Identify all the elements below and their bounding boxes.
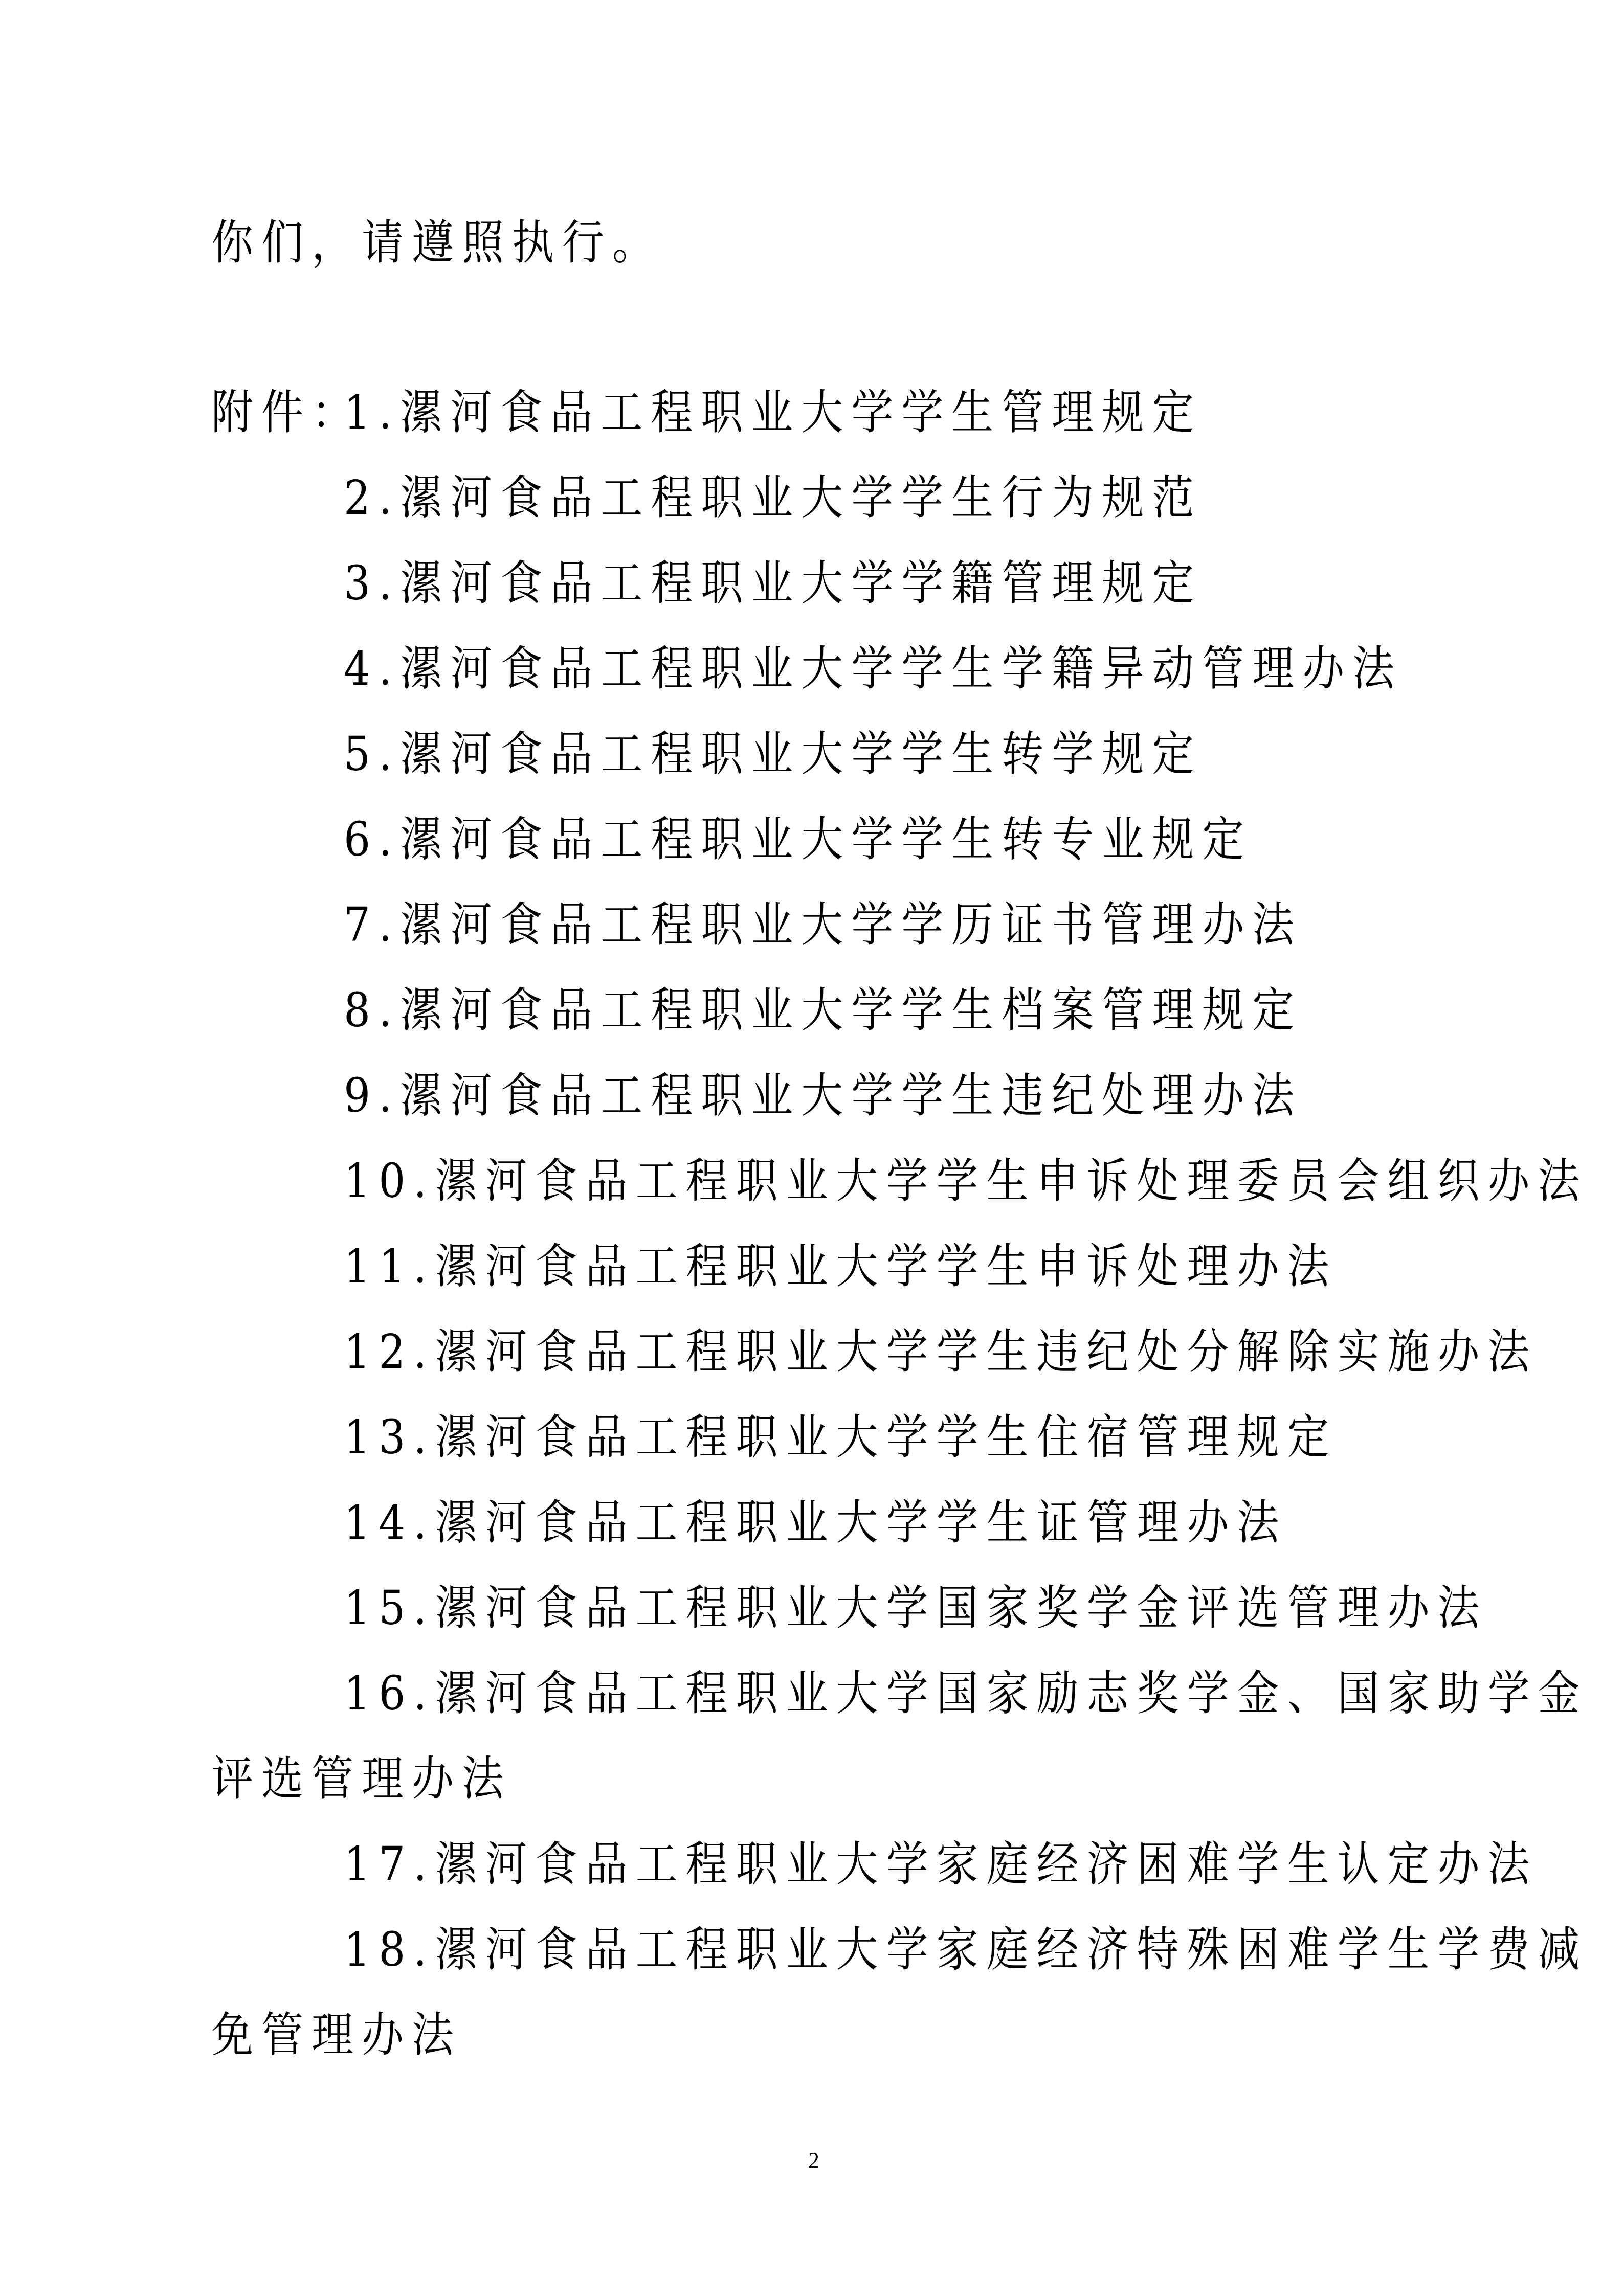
- attachment-title: 漯河食品工程职业大学学生违纪处理办法: [400, 1069, 1302, 1123]
- attachment-title: 漯河食品工程职业大学学生证管理办法: [435, 1496, 1287, 1550]
- attachment-title: 漯河食品工程职业大学学生行为规范: [400, 471, 1202, 525]
- attachment-title: 漯河食品工程职业大学学生学籍异动管理办法: [400, 642, 1403, 696]
- attachment-item-10: 10.漯河食品工程职业大学学生申诉处理委员会组织办法: [344, 1153, 1588, 1210]
- attachment-item-13: 13.漯河食品工程职业大学学生住宿管理规定: [344, 1409, 1337, 1467]
- attachment-item-18: 18.漯河食品工程职业大学家庭经济特殊困难学生学费减: [344, 1922, 1588, 1979]
- attachment-item-15: 15.漯河食品工程职业大学国家奖学金评选管理办法: [344, 1580, 1487, 1637]
- attachment-title: 漯河食品工程职业大学学历证书管理办法: [400, 898, 1302, 952]
- attachment-item-7: 7.漯河食品工程职业大学学历证书管理办法: [344, 897, 1302, 954]
- closing-line: 你们，请遵照执行。: [211, 215, 662, 272]
- attachment-title: 漯河食品工程职业大学国家奖学金评选管理办法: [435, 1581, 1487, 1635]
- attachment-number: 11.: [344, 1240, 435, 1294]
- attachment-number: 2.: [344, 471, 400, 525]
- attachment-item-3: 3.漯河食品工程职业大学学籍管理规定: [344, 555, 1202, 613]
- attachment-number: 10.: [344, 1154, 435, 1208]
- attachment-number: 9.: [344, 1069, 400, 1123]
- attachment-item-17: 17.漯河食品工程职业大学家庭经济困难学生认定办法: [344, 1836, 1538, 1894]
- attachment-item-5: 5.漯河食品工程职业大学学生转学规定: [344, 726, 1202, 783]
- attachment-number: 6.: [344, 813, 400, 867]
- page-number: 2: [808, 2145, 819, 2176]
- attachment-title: 漯河食品工程职业大学家庭经济困难学生认定办法: [435, 1837, 1538, 1892]
- attachment-item-16: 16.漯河食品工程职业大学国家励志奖学金、国家助学金: [344, 1665, 1588, 1723]
- attachment-number: 18.: [344, 1923, 435, 1977]
- attachment-item-4: 4.漯河食品工程职业大学学生学籍异动管理办法: [344, 641, 1403, 698]
- attachment-item-14: 14.漯河食品工程职业大学学生证管理办法: [344, 1495, 1287, 1552]
- attachment-number: 8.: [344, 983, 400, 1038]
- attachment-item-18-continuation: 免管理办法: [211, 2007, 462, 2064]
- attachment-number: 13.: [344, 1410, 435, 1465]
- attachment-item-6: 6.漯河食品工程职业大学学生转专业规定: [344, 812, 1252, 869]
- attachment-item-2: 2.漯河食品工程职业大学学生行为规范: [344, 470, 1202, 527]
- attachment-number: 1.: [344, 386, 400, 440]
- attachment-number: 3.: [344, 556, 400, 611]
- attachment-item-11: 11.漯河食品工程职业大学学生申诉处理办法: [344, 1239, 1337, 1296]
- attachment-title: 漯河食品工程职业大学学生转学规定: [400, 727, 1202, 781]
- attachment-item-12: 12.漯河食品工程职业大学学生违纪处分解除实施办法: [344, 1324, 1538, 1381]
- attachment-number: 16.: [344, 1667, 435, 1721]
- attachment-title: 漯河食品工程职业大学家庭经济特殊困难学生学费减: [435, 1923, 1588, 1977]
- attachment-item-9: 9.漯河食品工程职业大学学生违纪处理办法: [344, 1068, 1302, 1125]
- attachment-title: 漯河食品工程职业大学学生转专业规定: [400, 813, 1252, 867]
- attachment-title: 漯河食品工程职业大学学生管理规定: [400, 386, 1202, 440]
- attachment-number: 15.: [344, 1581, 435, 1635]
- attachments-label: 附件：: [211, 385, 362, 442]
- attachment-title: 漯河食品工程职业大学学生档案管理规定: [400, 983, 1302, 1038]
- attachment-item-8: 8.漯河食品工程职业大学学生档案管理规定: [344, 982, 1302, 1040]
- attachment-title: 漯河食品工程职业大学国家励志奖学金、国家助学金: [435, 1667, 1588, 1721]
- attachment-number: 4.: [344, 642, 400, 696]
- attachment-title: 漯河食品工程职业大学学籍管理规定: [400, 556, 1202, 611]
- attachment-title: 漯河食品工程职业大学学生住宿管理规定: [435, 1410, 1337, 1465]
- attachment-item-16-continuation: 评选管理办法: [211, 1751, 512, 1808]
- attachment-item-1: 1.漯河食品工程职业大学学生管理规定: [344, 385, 1202, 442]
- attachment-number: 17.: [344, 1837, 435, 1892]
- attachment-number: 14.: [344, 1496, 435, 1550]
- attachment-number: 5.: [344, 727, 400, 781]
- attachment-title: 漯河食品工程职业大学学生申诉处理办法: [435, 1240, 1337, 1294]
- attachment-number: 12.: [344, 1325, 435, 1379]
- attachment-title: 漯河食品工程职业大学学生违纪处分解除实施办法: [435, 1325, 1538, 1379]
- attachment-title: 漯河食品工程职业大学学生申诉处理委员会组织办法: [435, 1154, 1588, 1208]
- document-page: 你们，请遵照执行。 附件： 1.漯河食品工程职业大学学生管理规定 2.漯河食品工…: [0, 0, 1624, 2296]
- attachment-number: 7.: [344, 898, 400, 952]
